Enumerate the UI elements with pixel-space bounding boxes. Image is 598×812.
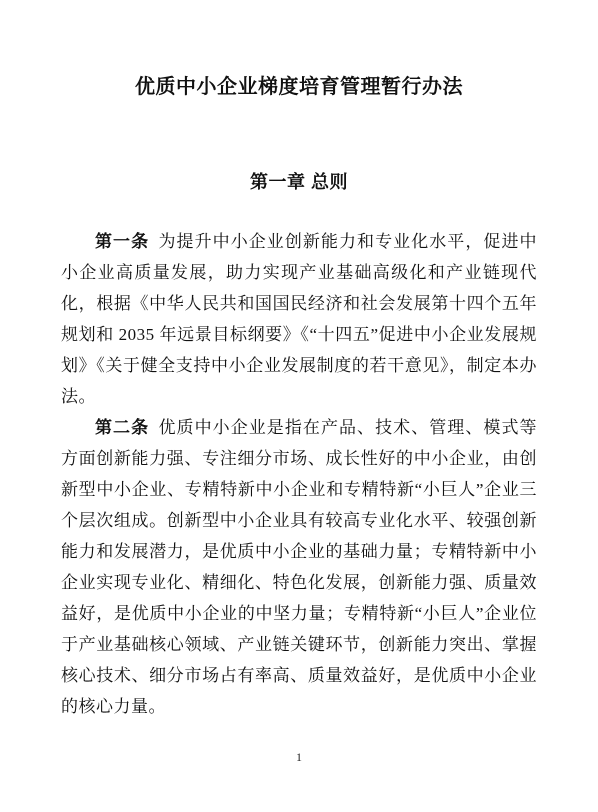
document-body: 第一条为提升中小企业创新能力和专业化水平，促进中小企业高质量发展，助力实现产业基… [61, 226, 537, 722]
page-number: 1 [0, 749, 598, 765]
chapter-heading: 第一章 总则 [0, 168, 598, 194]
paragraph-article-2: 第二条优质中小企业是指在产品、技术、管理、模式等方面创新能力强、专注细分市场、成… [61, 412, 537, 722]
document-page: 优质中小企业梯度培育管理暂行办法 第一章 总则 第一条为提升中小企业创新能力和专… [0, 0, 598, 812]
paragraph-article-1: 第一条为提升中小企业创新能力和专业化水平，促进中小企业高质量发展，助力实现产业基… [61, 226, 537, 412]
article-1-label: 第一条 [95, 232, 149, 251]
article-1-text: 为提升中小企业创新能力和专业化水平，促进中小企业高质量发展，助力实现产业基础高级… [61, 232, 537, 406]
article-2-text: 优质中小企业是指在产品、技术、管理、模式等方面创新能力强、专注细分市场、成长性好… [61, 418, 537, 716]
document-title: 优质中小企业梯度培育管理暂行办法 [0, 70, 598, 99]
article-2-label: 第二条 [95, 418, 149, 437]
